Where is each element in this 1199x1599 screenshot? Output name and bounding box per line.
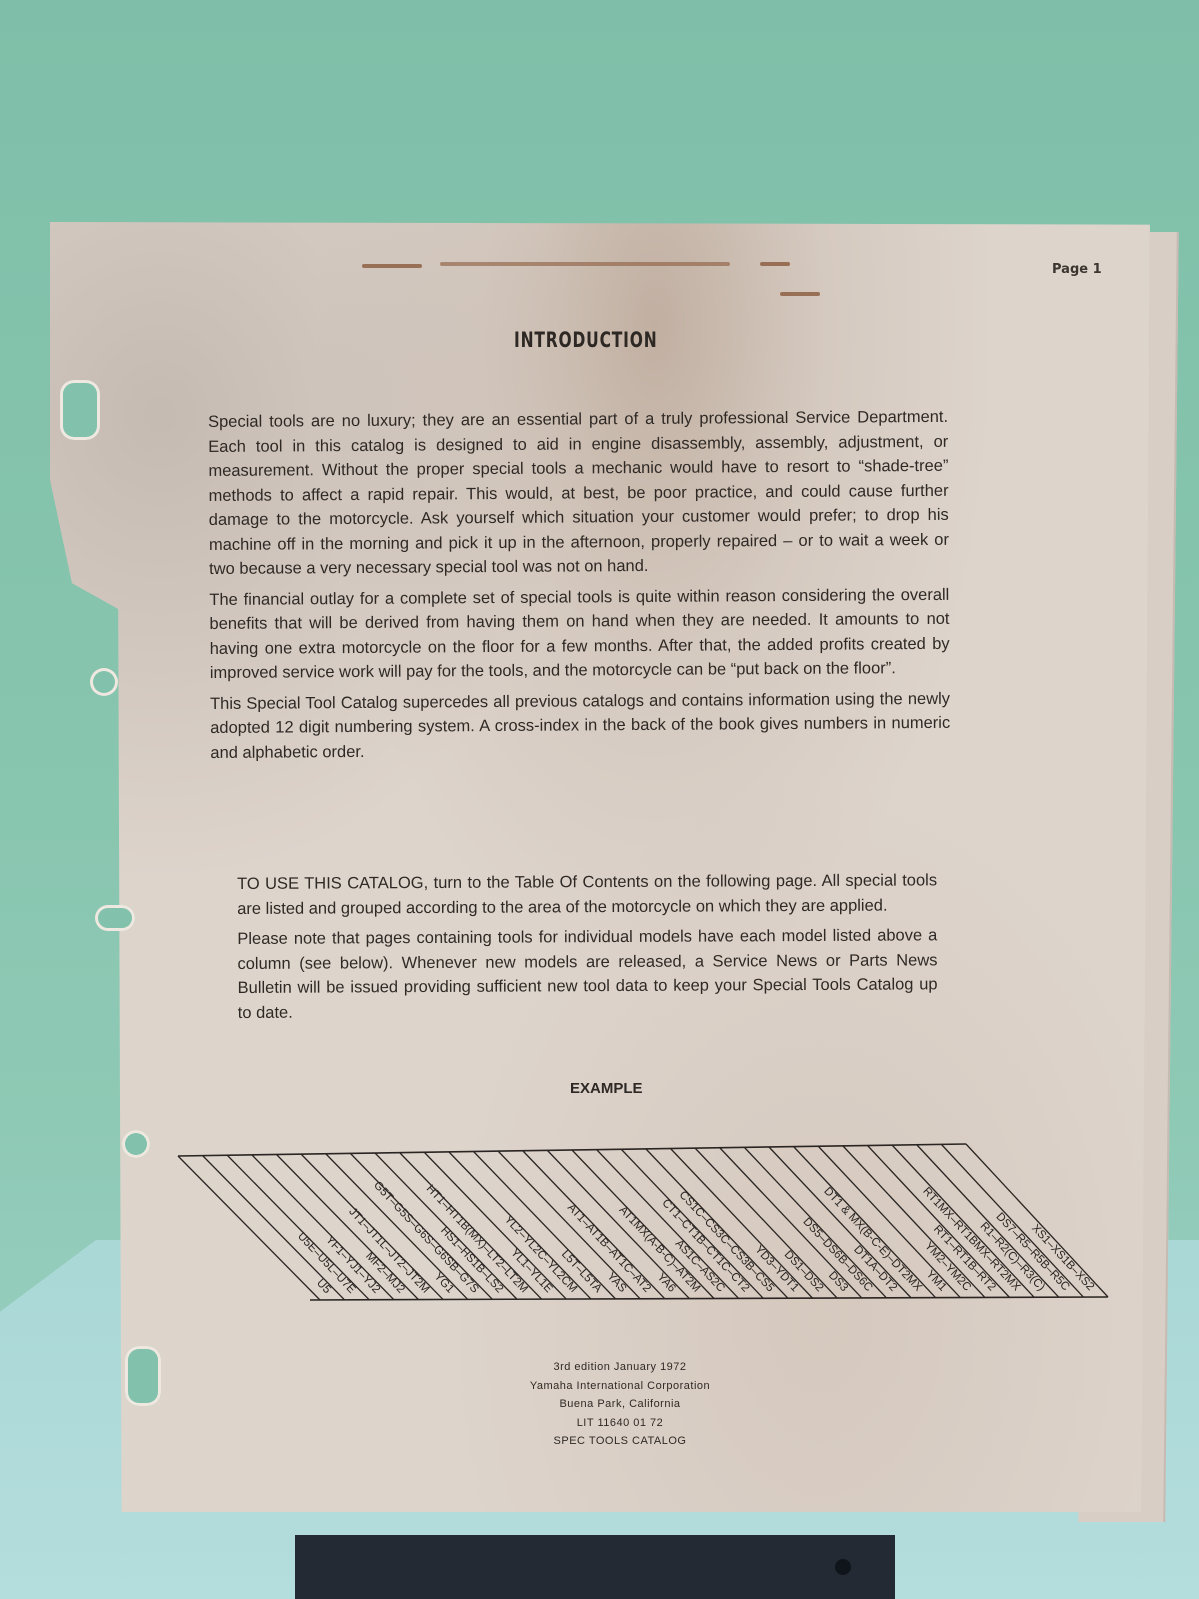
lit-number: LIT 11640 01 72 — [490, 1414, 750, 1433]
company-name: Yamaha International Corporation — [490, 1377, 750, 1396]
company-location: Buena Park, California — [490, 1395, 750, 1414]
catalog-name: SPEC TOOLS CATALOG — [490, 1432, 750, 1451]
footer: 3rd edition January 1972 Yamaha Internat… — [490, 1358, 750, 1451]
model-column-label: U5 — [314, 1277, 333, 1296]
edition-text: 3rd edition January 1972 — [490, 1358, 750, 1377]
